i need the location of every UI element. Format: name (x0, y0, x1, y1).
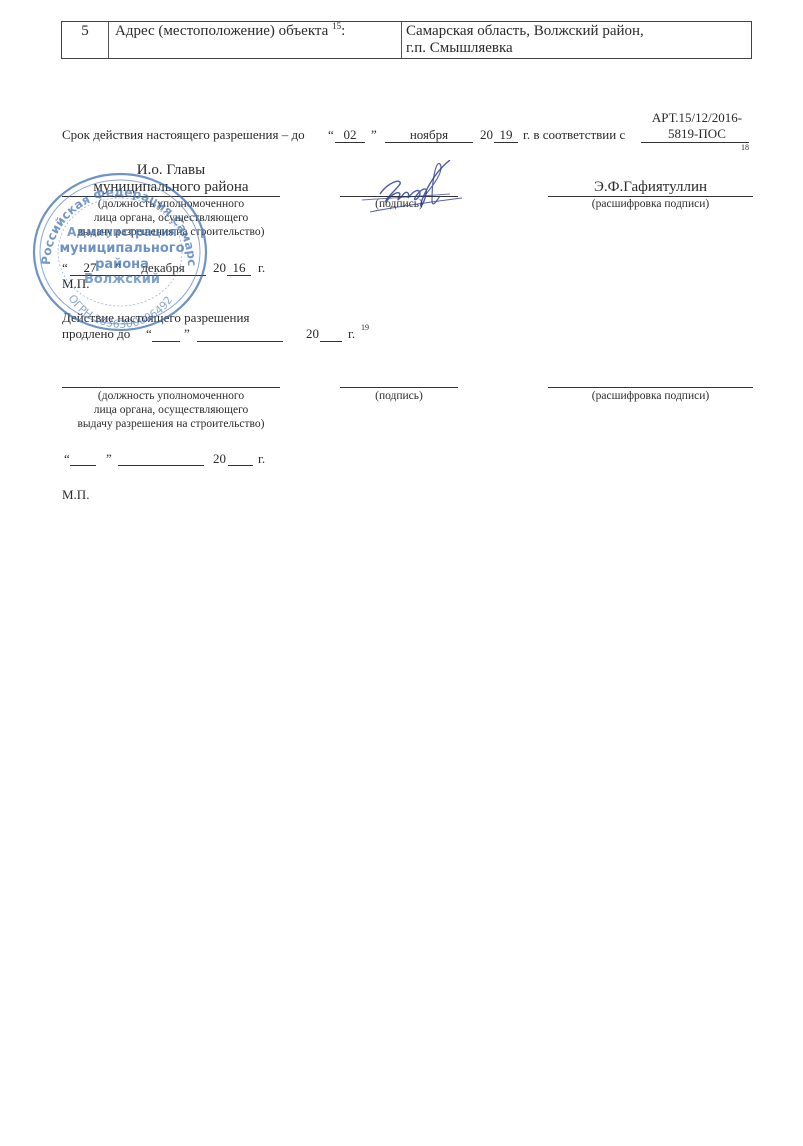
name-underline (548, 196, 753, 197)
sign-date-year-prefix: 20 (213, 260, 226, 275)
ext-date-year-blank[interactable] (228, 465, 253, 466)
ext-date-day-blank[interactable] (70, 465, 96, 466)
signatory-position-line1: И.о. Главы (62, 162, 280, 179)
validity-doc-line2: 5819-ПОС (640, 126, 754, 141)
sign-date-open-quote: “ (62, 260, 68, 275)
position-caption-line2: лица органа, осуществляющего (62, 212, 280, 225)
ext-date-close-quote: ” (106, 451, 112, 466)
position-caption-line1: (должность уполномоченного (62, 198, 280, 211)
ext-date-month-blank[interactable] (118, 465, 204, 466)
signatory-name: Э.Ф.Гафиятуллин (548, 179, 753, 196)
address-value-cell: Самарская область, Волжский район, г.п. … (402, 22, 751, 58)
sign-date-year-suffix: 16 (227, 260, 251, 275)
ext-position-blank[interactable] (62, 387, 280, 388)
sign-date-underline (70, 275, 206, 276)
sign-date-month: декабря (123, 260, 203, 275)
extension-footnote: 19 (361, 323, 369, 332)
validity-doc-underline (641, 142, 749, 143)
signature-caption: (подпись) (340, 198, 458, 211)
name-caption: (расшифровка подписи) (548, 198, 753, 211)
signatory-position-line2: муниципального района (62, 179, 280, 196)
signature-underline (340, 196, 458, 197)
extension-year-blank[interactable] (320, 341, 342, 342)
validity-year-underline (494, 142, 518, 143)
sign-date-year-underline (227, 275, 251, 276)
signatory-position-underline (62, 196, 280, 197)
ext-signature-caption: (подпись) (340, 390, 458, 403)
validity-year-suffix: 19 (494, 127, 518, 142)
extension-close-quote: ” (184, 326, 190, 341)
validity-doc-line1: АРТ.15/12/2016- (640, 110, 754, 125)
handwritten-signature-icon (340, 160, 470, 220)
ext-date-year-prefix: 20 (213, 451, 226, 466)
sign-date-day: 27 (70, 260, 110, 275)
extension-day-blank[interactable] (152, 341, 180, 342)
ext-date-open-quote: “ (64, 451, 70, 466)
sign-date-close-quote: ” (115, 260, 121, 275)
address-footnote: 15 (332, 21, 341, 31)
address-label: Адрес (местоположение) объекта (115, 23, 328, 39)
seal-label: М.П. (62, 276, 89, 291)
validity-footnote: 18 (741, 143, 749, 152)
extension-line2-prefix: продлено до (62, 326, 130, 341)
sign-date-year-label: г. (258, 260, 265, 275)
extension-open-quote: “ (146, 326, 152, 341)
validity-year-label: г. в соответствии с (523, 127, 625, 142)
address-table-row: 5 Адрес (местоположение) объекта 15: Сам… (61, 21, 752, 59)
validity-year-prefix: 20 (480, 127, 493, 142)
ext-name-blank[interactable] (548, 387, 753, 388)
ext-position-caption-line2: лица органа, осуществляющего (62, 404, 280, 417)
row-number: 5 (62, 22, 109, 58)
extension-month-blank[interactable] (197, 341, 283, 342)
ext-date-year-label: г. (258, 451, 265, 466)
validity-day: 02 (335, 127, 365, 142)
address-value-line2: г.п. Смышляевка (406, 40, 751, 57)
validity-month: ноября (385, 127, 473, 142)
ext-position-caption-line3: выдачу разрешения на строительство) (62, 418, 280, 431)
validity-prefix: Срок действия настоящего разрешения – до (62, 127, 305, 142)
stamp-inner-line2: муниципального (59, 241, 184, 256)
validity-open-quote: “ (328, 127, 334, 142)
ext-seal-label: М.П. (62, 487, 89, 502)
ext-position-caption-line1: (должность уполномоченного (62, 390, 280, 403)
position-caption-line3: выдачу разрешения на строительство) (62, 226, 280, 239)
validity-close-quote: ” (371, 127, 377, 142)
validity-month-underline (385, 142, 473, 143)
ext-signature-blank[interactable] (340, 387, 458, 388)
extension-line1: Действие настоящего разрешения (62, 310, 249, 325)
address-label-cell: Адрес (местоположение) объекта 15: (109, 22, 402, 58)
ext-name-caption: (расшифровка подписи) (548, 390, 753, 403)
address-value-line1: Самарская область, Волжский район, (406, 23, 751, 40)
validity-day-underline (335, 142, 365, 143)
address-label-colon: : (341, 23, 345, 39)
extension-year-label: г. (348, 326, 355, 341)
extension-year-prefix: 20 (306, 326, 319, 341)
